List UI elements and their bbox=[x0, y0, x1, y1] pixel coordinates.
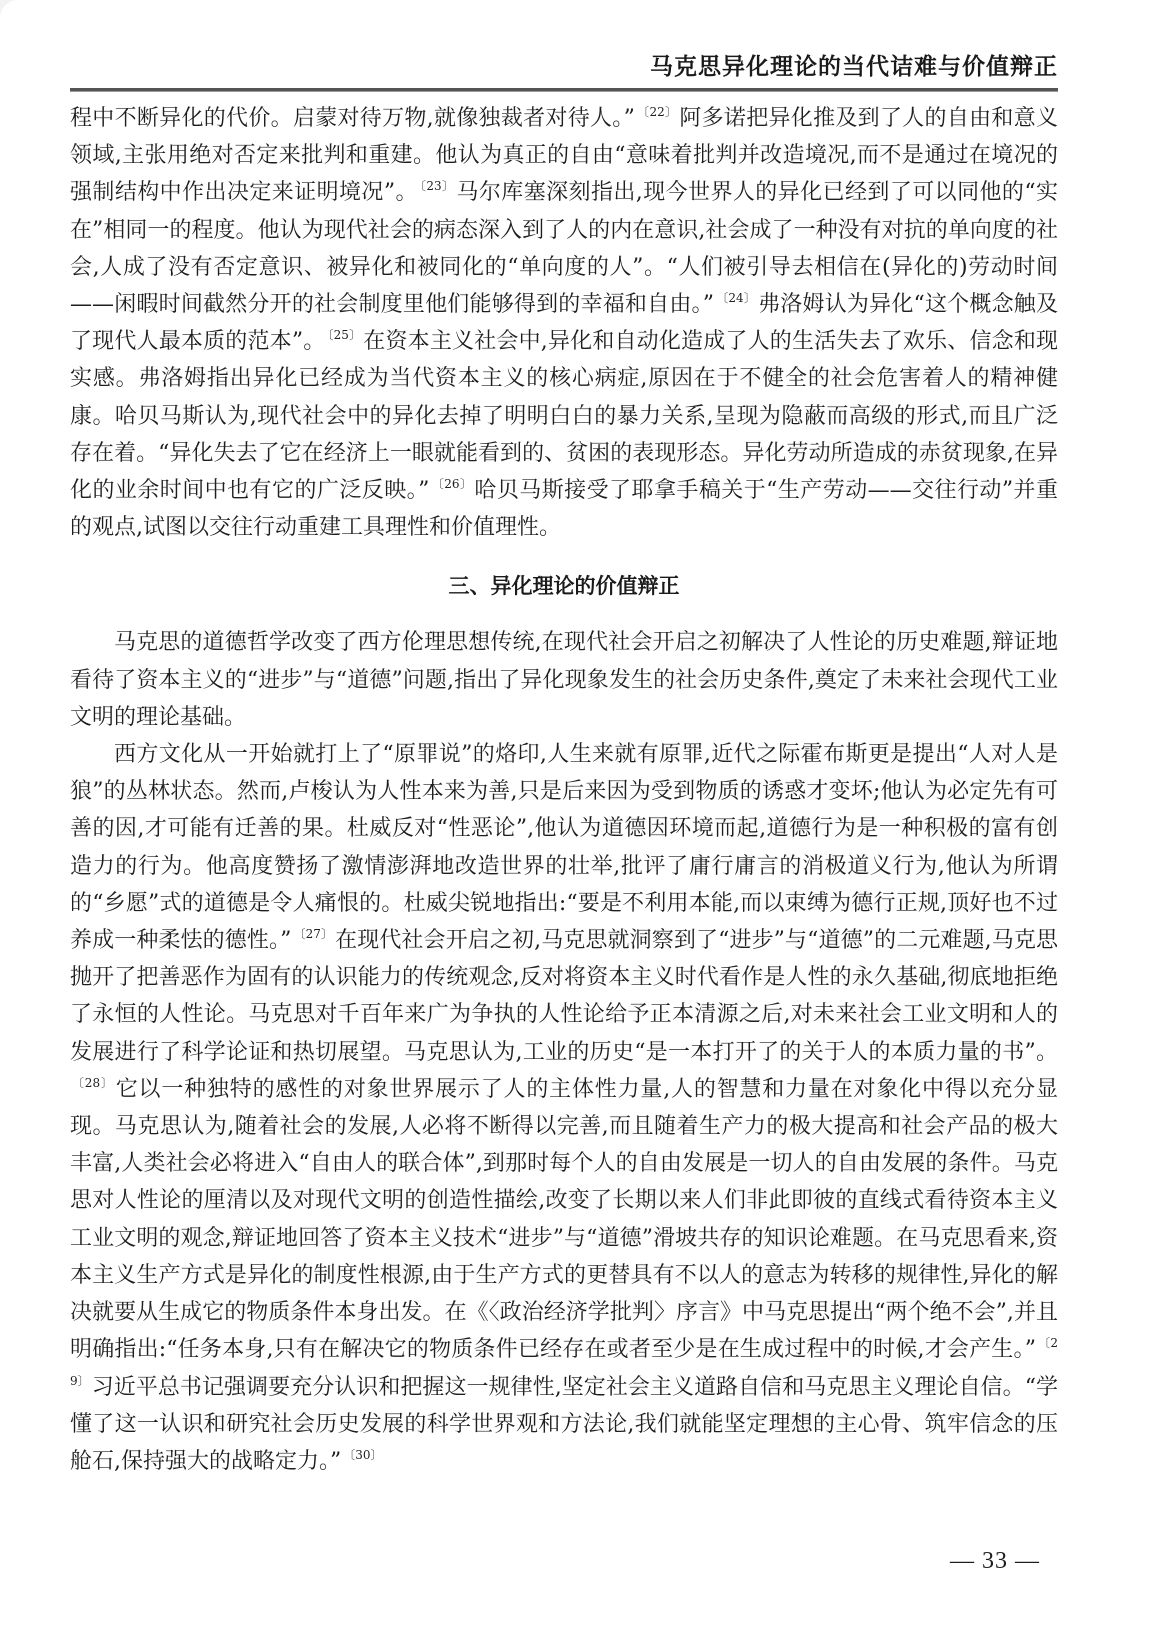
running-header: 马克思异化理论的当代诘难与价值辩正 bbox=[70, 44, 1058, 91]
text-segment: 习近平总书记强调要充分认识和把握这一规律性,坚定社会主义道路自信和马克思主义理论… bbox=[70, 1375, 1058, 1474]
running-title: 马克思异化理论的当代诘难与价值辩正 bbox=[650, 48, 1058, 81]
text-segment: 它以一种独特的感性的对象世界展示了人的主体性力量,人的智慧和力量在对象化中得以充… bbox=[70, 1077, 1058, 1362]
body-text: 程中不断异化的代价。启蒙对待万物,就像独裁者对待人。”〔22〕阿多诺把异化推及到… bbox=[70, 100, 1058, 1480]
citation-ref-30: 〔30〕 bbox=[343, 1448, 382, 1462]
citation-ref-28: 〔28〕 bbox=[72, 1076, 114, 1090]
citation-ref-25: 〔25〕 bbox=[327, 328, 361, 342]
paragraph: 西方文化从一开始就打上了“原罪说”的烙印,人生来就有原罪,近代之际霍布斯更是提出… bbox=[70, 736, 1058, 1480]
page-number: — 33 — bbox=[950, 1548, 1040, 1575]
paragraph: 马克思的道德哲学改变了西方伦理思想传统,在现代社会开启之初解决了人性论的历史难题… bbox=[70, 624, 1058, 736]
citation-ref-23: 〔23〕 bbox=[420, 179, 455, 193]
citation-ref-24: 〔24〕 bbox=[716, 291, 756, 305]
document-page: 马克思异化理论的当代诘难与价值辩正 程中不断异化的代价。启蒙对待万物,就像独裁者… bbox=[0, 0, 1170, 1639]
paragraph-continued: 程中不断异化的代价。启蒙对待万物,就像独裁者对待人。”〔22〕阿多诺把异化推及到… bbox=[70, 100, 1058, 546]
text-segment: 程中不断异化的代价。启蒙对待万物,就像独裁者对待人。” bbox=[70, 106, 635, 131]
text-segment: 西方文化从一开始就打上了“原罪说”的烙印,人生来就有原罪,近代之际霍布斯更是提出… bbox=[70, 742, 1058, 953]
text-segment: 在资本主义社会中,异化和自动化造成了人的生活失去了欢乐、信念和现实感。弗洛姆指出… bbox=[70, 329, 1058, 503]
text-segment: 马克思的道德哲学改变了西方伦理思想传统,在现代社会开启之初解决了人性论的历史难题… bbox=[70, 630, 1058, 729]
citation-ref-22: 〔22〕 bbox=[637, 105, 677, 119]
citation-ref-26: 〔26〕 bbox=[431, 477, 472, 491]
citation-ref-27: 〔27〕 bbox=[293, 927, 333, 941]
section-heading: 三、异化理论的价值辩正 bbox=[70, 554, 1058, 618]
